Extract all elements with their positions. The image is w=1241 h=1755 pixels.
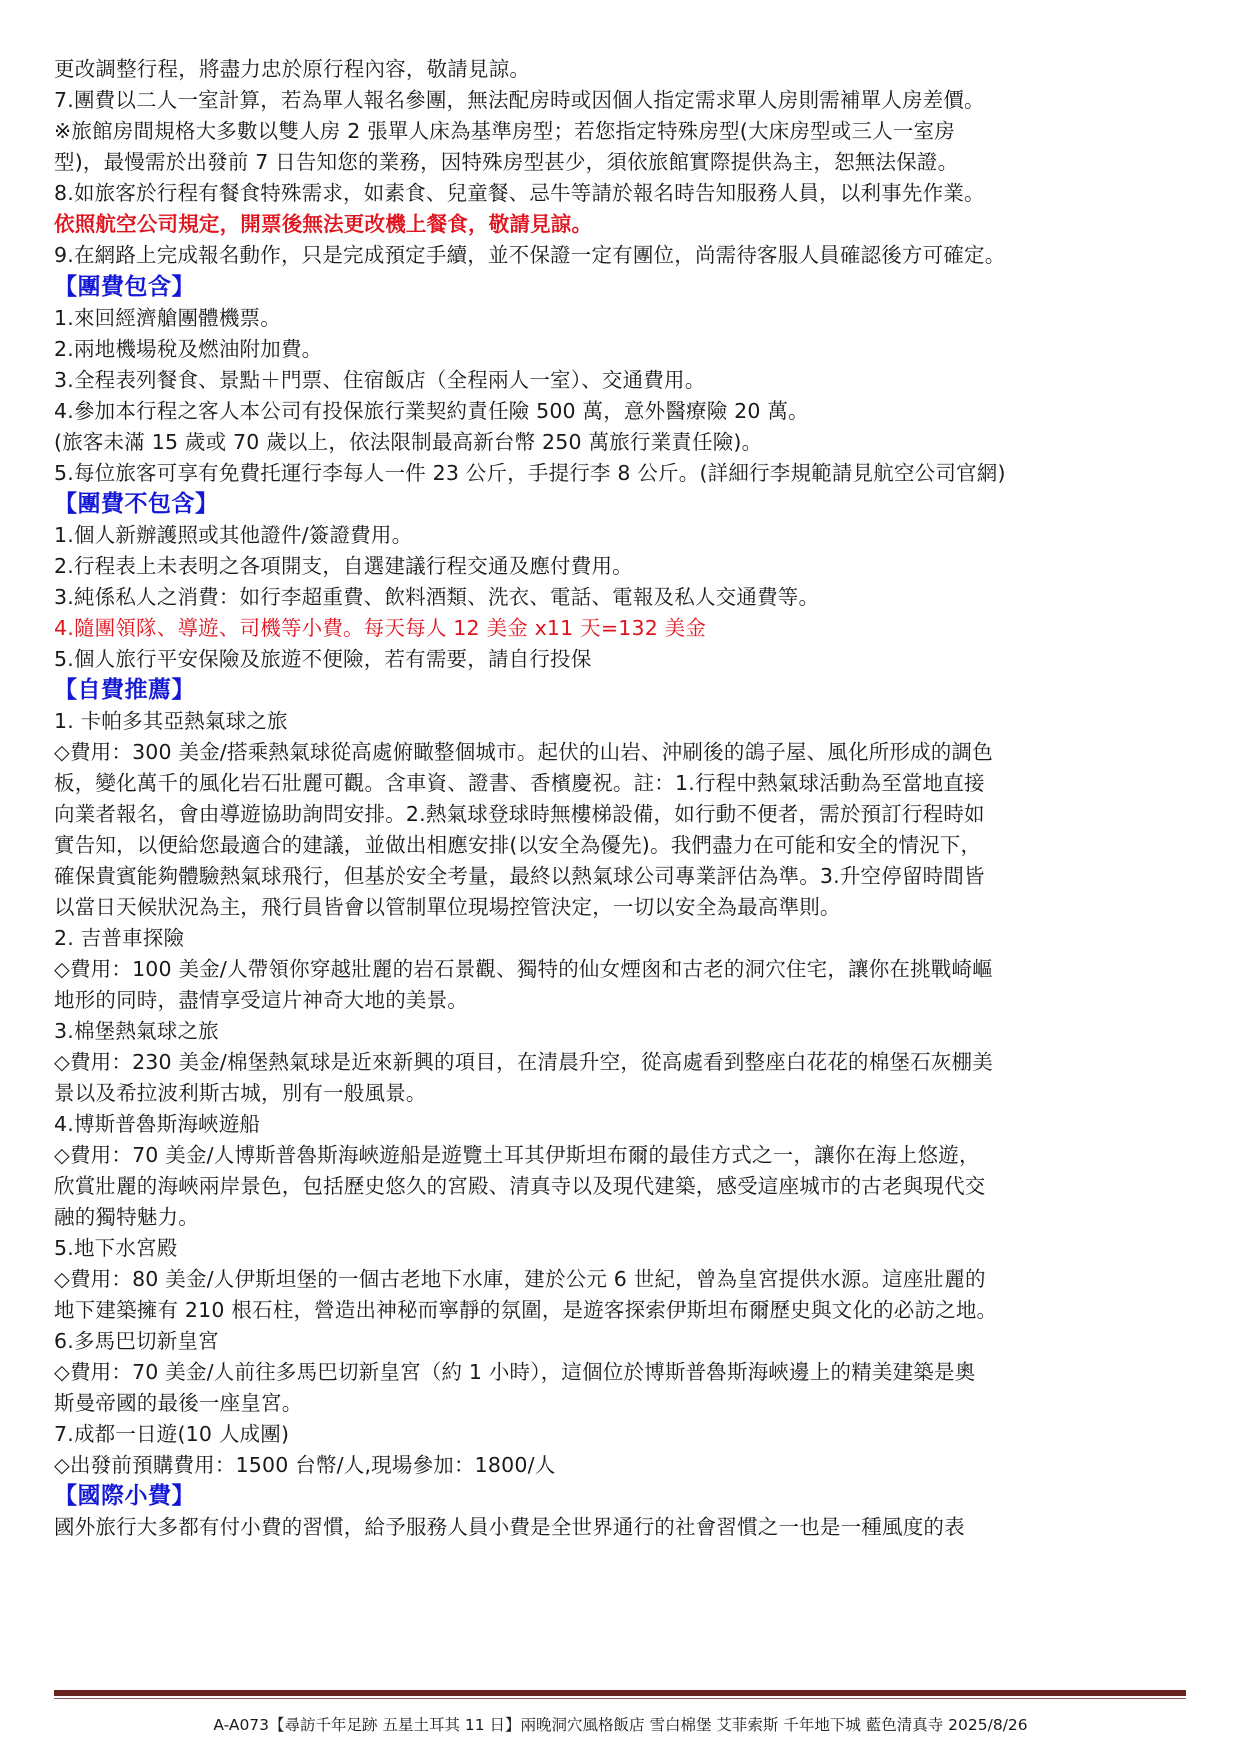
text-line: 3.純係私人之消費：如行李超重費、飲料酒類、洗衣、電話、電報及私人交通費等。 [54, 582, 819, 612]
footer-rule-thick [54, 1690, 1186, 1696]
text-line: 向業者報名，會由導遊協助詢問安排。2.熱氣球登球時無樓梯設備，如行動不便者，需於… [54, 799, 985, 829]
text-line: (旅客未滿 15 歲或 70 歲以上，依法限制最高新台幣 250 萬旅行業責任險… [54, 427, 762, 457]
text-line: 9.在網路上完成報名動作，只是完成預定手續，並不保證一定有團位，尚需待客服人員確… [54, 240, 1005, 270]
notice-text: 4.隨團領隊、導遊、司機等小費。每天每人 12 美金 x11 天=132 美金 [54, 613, 706, 643]
text-line: 以當日天候狀況為主，飛行員皆會以管制單位現場控管決定，一切以安全為最高準則。 [54, 892, 841, 922]
text-line: ※旅館房間規格大多數以雙人房 2 張單人床為基準房型；若您指定特殊房型(大床房型… [54, 116, 955, 146]
text-line: 4.博斯普魯斯海峽遊船 [54, 1109, 260, 1139]
text-line: 1. 卡帕多其亞熱氣球之旅 [54, 706, 288, 736]
text-line: 4.參加本行程之客人本公司有投保旅行業契約責任險 500 萬，意外醫療險 20 … [54, 396, 809, 426]
text-line: ◇出發前預購費用：1500 台幣/人,現場參加：1800/人 [54, 1450, 555, 1480]
text-line: 確保貴賓能夠體驗熱氣球飛行，但基於安全考量，最終以熱氣球公司專業評估為準。3.升… [54, 861, 985, 891]
text-line: ◇費用：230 美金/棉堡熱氣球是近來新興的項目，在清晨升空，從高處看到整座白花… [54, 1047, 993, 1077]
text-line: 更改調整行程，將盡力忠於原行程內容，敬請見諒。 [54, 54, 530, 84]
text-line: ◇費用：70 美金/人前往多馬巴切新皇宮（約 1 小時），這個位於博斯普魯斯海峽… [54, 1357, 975, 1387]
text-line: 2.兩地機場稅及燃油附加費。 [54, 334, 322, 364]
text-line: 地形的同時，盡情享受這片神奇大地的美景。 [54, 985, 468, 1015]
notice-text: 依照航空公司規定，開票後無法更改機上餐食，敬請見諒。 [54, 209, 592, 239]
text-line: 3.棉堡熱氣球之旅 [54, 1016, 219, 1046]
footer-rule-thin [54, 1698, 1186, 1699]
section-heading: 【團費不包含】 [54, 489, 219, 519]
text-line: 8.如旅客於行程有餐食特殊需求，如素食、兒童餐、忌牛等請於報名時告知服務人員，以… [54, 178, 985, 208]
text-line: 5.地下水宮殿 [54, 1233, 177, 1263]
text-line: 1.個人新辦護照或其他證件/簽證費用。 [54, 520, 412, 550]
section-heading: 【團費包含】 [54, 272, 195, 302]
footer-text: A-A073【尋訪千年足跡 五星土耳其 11 日】兩晚洞穴風格飯店 雪白棉堡 艾… [0, 1713, 1241, 1735]
text-line: ◇費用：300 美金/搭乘熱氣球從高處俯瞰整個城市。起伏的山岩、沖刷後的鴿子屋、… [54, 737, 993, 767]
text-line: 2.行程表上未表明之各項開支，自選建議行程交通及應付費用。 [54, 551, 633, 581]
text-line: 7.成都一日遊(10 人成團) [54, 1419, 289, 1449]
text-line: ◇費用：100 美金/人帶領你穿越壯麗的岩石景觀、獨特的仙女煙囪和古老的洞穴住宅… [54, 954, 993, 984]
text-line: 板，變化萬千的風化岩石壯麗可觀。含車資、證書、香檳慶祝。註：1.行程中熱氣球活動… [54, 768, 985, 798]
text-line: 2. 吉普車探險 [54, 923, 184, 953]
text-line: 融的獨特魅力。 [54, 1202, 199, 1232]
text-line: ◇費用：80 美金/人伊斯坦堡的一個古老地下水庫，建於公元 6 世紀，曾為皇宮提… [54, 1264, 986, 1294]
text-line: 型)，最慢需於出發前 7 日告知您的業務，因特殊房型甚少，須依旅館實際提供為主，… [54, 147, 958, 177]
text-line: 1.來回經濟艙團體機票。 [54, 303, 281, 333]
text-line: 地下建築擁有 210 根石柱，營造出神秘而寧靜的氛圍，是遊客探索伊斯坦布爾歷史與… [54, 1295, 997, 1325]
text-line: 景以及希拉波利斯古城，別有一般風景。 [54, 1078, 427, 1108]
text-line: 國外旅行大多都有付小費的習慣，給予服務人員小費是全世界通行的社會習慣之一也是一種… [54, 1512, 965, 1542]
text-line: 5.個人旅行平安保險及旅遊不便險，若有需要，請自行投保 [54, 644, 591, 674]
text-line: 斯曼帝國的最後一座皇宮。 [54, 1388, 302, 1418]
text-line: 7.團費以二人一室計算，若為單人報名參團，無法配房時或因個人指定需求單人房則需補… [54, 85, 985, 115]
section-heading: 【自費推薦】 [54, 675, 195, 705]
text-line: 5.每位旅客可享有免費托運行李每人一件 23 公斤，手提行李 8 公斤。(詳細行… [54, 458, 1006, 488]
text-line: 3.全程表列餐食、景點＋門票、住宿飯店（全程兩人一室）、交通費用。 [54, 365, 705, 395]
text-line: 實告知，以便給您最適合的建議，並做出相應安排(以安全為優先)。我們盡力在可能和安… [54, 830, 981, 860]
text-line: 6.多馬巴切新皇宮 [54, 1326, 219, 1356]
text-line: 欣賞壯麗的海峽兩岸景色，包括歷史悠久的宮殿、清真寺以及現代建築，感受這座城市的古… [54, 1171, 986, 1201]
text-line: ◇費用：70 美金/人博斯普魯斯海峽遊船是遊覽土耳其伊斯坦布爾的最佳方式之一，讓… [54, 1140, 980, 1170]
section-heading: 【國際小費】 [54, 1481, 195, 1511]
